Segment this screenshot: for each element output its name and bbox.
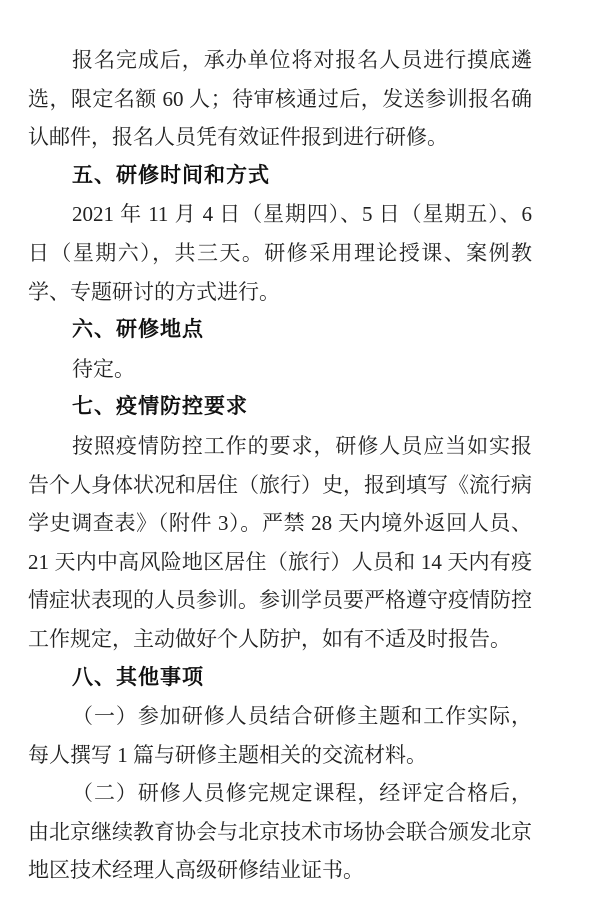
section-heading: 七、疫情防控要求 [28,388,532,427]
paragraph: 2021 年 11 月 4 日（星期四）、5 日（星期五）、6 日（星期六），共… [28,195,532,311]
paragraph: 待定。 [28,350,532,389]
paragraph: （二）研修人员修完规定课程，经评定合格后，由北京继续教育协会与北京技术市场协会联… [28,774,532,890]
paragraph: （一）参加研修人员结合研修主题和工作实际，每人撰写 1 篇与研修主题相关的交流材… [28,697,532,774]
section-heading: 五、研修时间和方式 [28,157,532,196]
paragraph: 报名完成后，承办单位将对报名人员进行摸底遴选，限定名额 60 人；待审核通过后，… [28,41,532,157]
document-body: 报名完成后，承办单位将对报名人员进行摸底遴选，限定名额 60 人；待审核通过后，… [28,0,532,890]
document-page: { "page": { "background_color": "#ffffff… [0,0,600,909]
section-heading: 八、其他事项 [28,659,532,698]
section-heading: 六、研修地点 [28,311,532,350]
paragraph: 按照疫情防控工作的要求，研修人员应当如实报告个人身体状况和居住（旅行）史，报到填… [28,427,532,659]
